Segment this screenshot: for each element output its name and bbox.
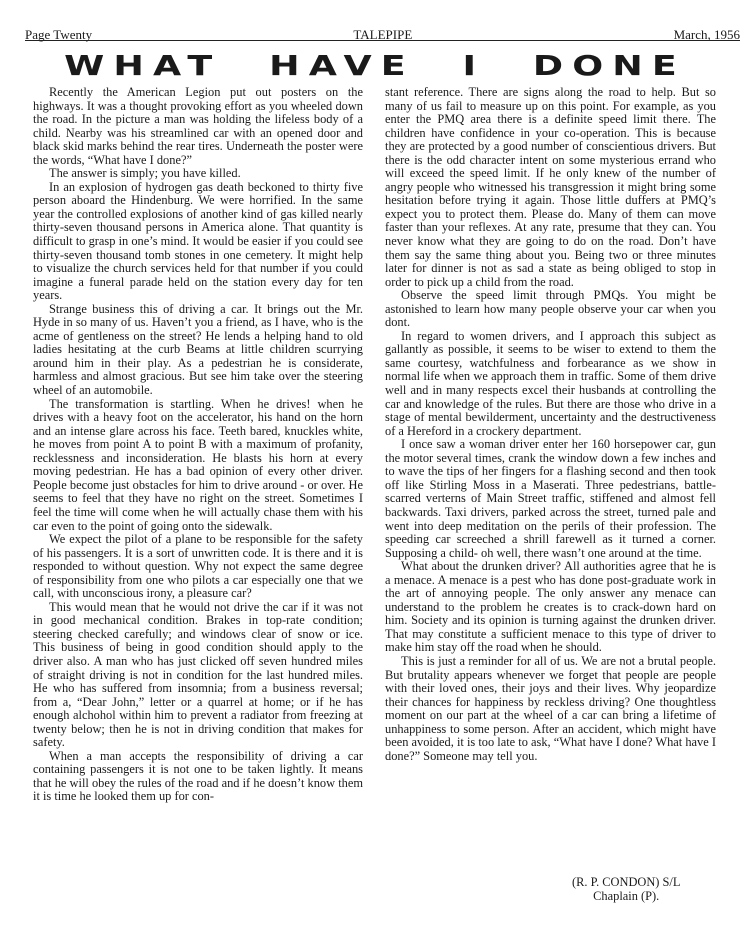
magazine-page: Page Twenty TALEPIPE March, 1956 WHAT HA…	[0, 0, 750, 947]
author-name: (R. P. CONDON) S/L	[572, 875, 680, 889]
author-title: Chaplain (P).	[572, 889, 680, 903]
paragraph: This would mean that he would not drive …	[33, 601, 363, 750]
paragraph: Recently the American Legion put out pos…	[33, 86, 363, 167]
paragraph: What about the drunken driver? All autho…	[385, 560, 716, 655]
running-header: Page Twenty TALEPIPE March, 1956	[25, 20, 740, 42]
author-signature: (R. P. CONDON) S/L Chaplain (P).	[572, 875, 680, 903]
paragraph: When a man accepts the responsibility of…	[33, 750, 363, 804]
paragraph: We expect the pilot of a plane to be res…	[33, 533, 363, 601]
header-rule	[25, 40, 740, 41]
paragraph: The transformation is startling. When he…	[33, 398, 363, 533]
paragraph: This is just a reminder for all of us. W…	[385, 655, 716, 763]
paragraph-continuation: stant reference. There are signs along t…	[385, 86, 716, 289]
paragraph: In an explosion of hydrogen gas death be…	[33, 181, 363, 303]
paragraph: Strange business this of driving a car. …	[33, 303, 363, 398]
left-column: Recently the American Legion put out pos…	[33, 86, 363, 804]
right-column: stant reference. There are signs along t…	[385, 86, 716, 763]
paragraph: I once saw a woman driver enter her 160 …	[385, 438, 716, 560]
paragraph: The answer is simply; you have killed.	[33, 167, 363, 181]
paragraph: In regard to women drivers, and I approa…	[385, 330, 716, 438]
paragraph: Observe the speed limit through PMQs. Yo…	[385, 289, 716, 330]
article-title: WHAT HAVE I DONE	[0, 50, 750, 82]
